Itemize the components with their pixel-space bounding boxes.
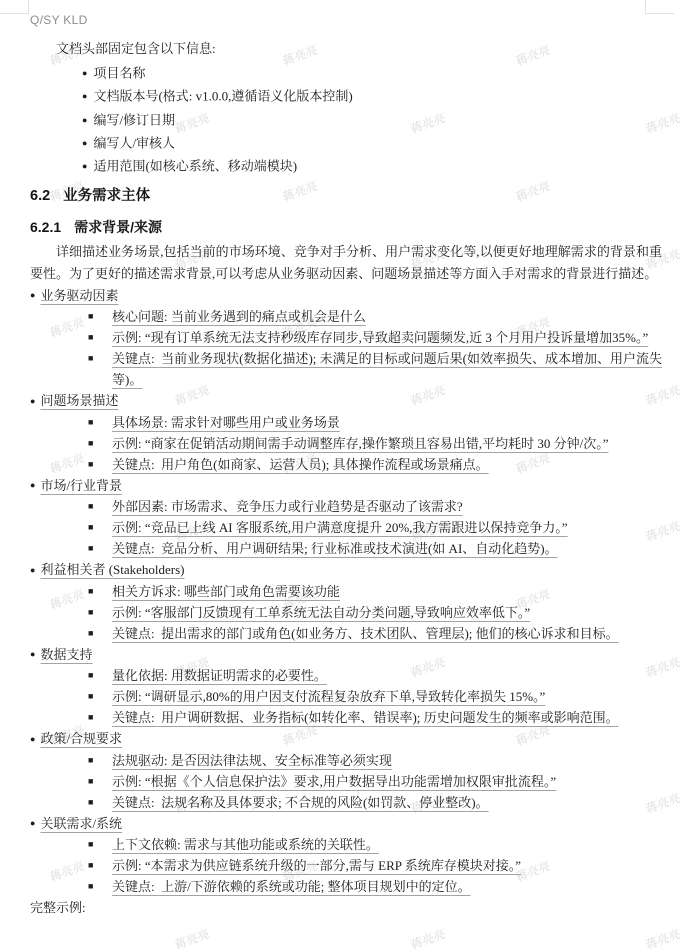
bullet-square-icon: ■ bbox=[88, 855, 93, 876]
background-paragraph: 详细描述业务场景,包括当前的市场环境、竞争对手分析、用户需求变化等,以便更好地理… bbox=[30, 241, 662, 284]
group-item: ■关键点: 当前业务现状(数据化描述); 未满足的目标或问题后果(如效率损失、成… bbox=[30, 348, 662, 390]
bullet-square-icon: ■ bbox=[88, 306, 93, 327]
complete-example-label: 完整示例: bbox=[30, 897, 662, 918]
text-boundary-mark-top-left bbox=[0, 0, 29, 14]
group-item: ■核心问题: 当前业务遇到的痛点或机会是什么 bbox=[30, 306, 662, 327]
group-item-text: 示例: “现有订单系统无法支持秒级库存同步,导致超卖问题频发,近 3 个月用户投… bbox=[112, 330, 648, 345]
heading-title: 需求背景/来源 bbox=[74, 219, 162, 235]
group-item: ■关键点: 法规名称及具体要求; 不合规的风险(如罚款、停业整改)。 bbox=[30, 792, 662, 813]
intro-item-text: 编写/修订日期 bbox=[93, 112, 175, 127]
group-item: ■上下文依赖: 需求与其他功能或系统的关联性。 bbox=[30, 834, 662, 855]
group-item: ■法规驱动: 是否因法律法规、安全标准等必须实现 bbox=[30, 750, 662, 771]
group-label: ●业务驱动因素 bbox=[30, 285, 662, 307]
heading-6-2-1: 6.2.1需求背景/来源 bbox=[30, 217, 662, 237]
intro-list-item: ●适用范围(如核心系统、移动端模块) bbox=[82, 155, 662, 178]
intro-item-text: 编写人/审核人 bbox=[93, 135, 175, 150]
intro-list-item: ●编写人/审核人 bbox=[82, 132, 662, 155]
bullet-square-icon: ■ bbox=[88, 454, 93, 475]
bullet-dot-icon: ● bbox=[82, 161, 87, 171]
heading-number: 6.2 bbox=[30, 188, 50, 204]
intro-item-text: 文档版本号(格式: v1.0.0,遵循语义化版本控制) bbox=[93, 89, 352, 104]
intro-list: ●项目名称●文档版本号(格式: v1.0.0,遵循语义化版本控制)●编写/修订日… bbox=[30, 62, 662, 178]
group-label-text: 利益相关者 (Stakeholders) bbox=[40, 562, 184, 577]
bullet-square-icon: ■ bbox=[88, 750, 93, 771]
group-item-text: 相关方诉求: 哪些部门或角色需要该功能 bbox=[112, 584, 340, 599]
group-item: ■关键点: 上游/下游依赖的系统或功能; 整体项目规划中的定位。 bbox=[30, 876, 662, 897]
bullet-square-icon: ■ bbox=[88, 433, 93, 454]
bullet-dot-icon: ● bbox=[82, 91, 87, 101]
group-item: ■具体场景: 需求针对哪些用户或业务场景 bbox=[30, 412, 662, 433]
group-item: ■示例: “调研显示,80%的用户因支付流程复杂放弃下单,导致转化率损失 15%… bbox=[30, 686, 662, 707]
group-item-text: 核心问题: 当前业务遇到的痛点或机会是什么 bbox=[112, 309, 366, 324]
group-item: ■示例: “根据《个人信息保护法》要求,用户数据导出功能需增加权限审批流程。” bbox=[30, 771, 662, 792]
bullet-dot-icon: ● bbox=[82, 68, 87, 78]
group-item-text: 示例: “竞品已上线 AI 客服系统,用户满意度提升 20%,我方需跟进以保持竞… bbox=[112, 520, 568, 535]
group-item-text: 具体场景: 需求针对哪些用户或业务场景 bbox=[112, 415, 340, 430]
group-item-text: 示例: “客服部门反馈现有工单系统无法自动分类问题,导致响应效率低下。” bbox=[112, 605, 530, 620]
intro-item-text: 适用范围(如核心系统、移动端模块) bbox=[93, 159, 297, 174]
bullet-square-icon: ■ bbox=[88, 771, 93, 792]
group-item-text: 关键点: 竞品分析、用户调研结果; 行业标准或技术演进(如 AI、自动化趋势)。 bbox=[112, 541, 558, 556]
bullet-square-icon: ■ bbox=[88, 517, 93, 538]
bullet-dot-icon: ● bbox=[30, 818, 35, 828]
bullet-square-icon: ■ bbox=[88, 792, 93, 813]
watermark-text: 蒋亮亮 bbox=[643, 925, 682, 952]
bullet-square-icon: ■ bbox=[88, 707, 93, 728]
group-item: ■关键点: 竞品分析、用户调研结果; 行业标准或技术演进(如 AI、自动化趋势)… bbox=[30, 538, 662, 559]
group-label-text: 市场/行业背景 bbox=[40, 478, 122, 493]
group-item-text: 示例: “调研显示,80%的用户因支付流程复杂放弃下单,导致转化率损失 15%。… bbox=[112, 689, 545, 704]
heading-number: 6.2.1 bbox=[30, 219, 61, 235]
group-item: ■示例: “现有订单系统无法支持秒级库存同步,导致超卖问题频发,近 3 个月用户… bbox=[30, 327, 662, 348]
bullet-dot-icon: ● bbox=[82, 115, 87, 125]
group-item: ■关键点: 用户调研数据、业务指标(如转化率、错误率); 历史问题发生的频率或影… bbox=[30, 707, 662, 728]
bullet-square-icon: ■ bbox=[88, 665, 93, 686]
intro-list-item: ●项目名称 bbox=[82, 62, 662, 85]
group-label-text: 业务驱动因素 bbox=[40, 288, 118, 303]
watermark-text: 蒋亮亮 bbox=[408, 925, 448, 952]
heading-title: 业务需求主体 bbox=[63, 188, 150, 204]
group-item: ■示例: “本需求为供应链系统升级的一部分,需与 ERP 系统库存模块对接。” bbox=[30, 855, 662, 876]
group-item-text: 关键点: 当前业务现状(数据化描述); 未满足的目标或问题后果(如效率损失、成本… bbox=[112, 351, 662, 387]
bullet-dot-icon: ● bbox=[30, 565, 35, 575]
group-item-text: 法规驱动: 是否因法律法规、安全标准等必须实现 bbox=[112, 753, 392, 768]
bullet-square-icon: ■ bbox=[88, 581, 93, 602]
bullet-square-icon: ■ bbox=[88, 348, 93, 369]
bullet-square-icon: ■ bbox=[88, 327, 93, 348]
group-label-text: 数据支持 bbox=[40, 647, 92, 662]
bullet-dot-icon: ● bbox=[30, 649, 35, 659]
bullet-square-icon: ■ bbox=[88, 623, 93, 644]
group-item-text: 关键点: 法规名称及具体要求; 不合规的风险(如罚款、停业整改)。 bbox=[112, 795, 489, 810]
bullet-square-icon: ■ bbox=[88, 602, 93, 623]
group-label: ●利益相关者 (Stakeholders) bbox=[30, 559, 662, 581]
intro-list-item: ●编写/修订日期 bbox=[82, 109, 662, 132]
group-label: ●市场/行业背景 bbox=[30, 475, 662, 497]
intro-list-item: ●文档版本号(格式: v1.0.0,遵循语义化版本控制) bbox=[82, 85, 662, 108]
group-item-text: 关键点: 用户调研数据、业务指标(如转化率、错误率); 历史问题发生的频率或影响… bbox=[112, 710, 619, 725]
group-item: ■关键点: 提出需求的部门或角色(如业务方、技术团队、管理层); 他们的核心诉求… bbox=[30, 623, 662, 644]
document-code: Q/SY KLD bbox=[30, 13, 88, 27]
group-item-text: 上下文依赖: 需求与其他功能或系统的关联性。 bbox=[112, 837, 379, 852]
group-label-text: 关联需求/系统 bbox=[40, 816, 122, 831]
group-label: ●数据支持 bbox=[30, 644, 662, 666]
bullet-dot-icon: ● bbox=[30, 480, 35, 490]
bullet-dot-icon: ● bbox=[30, 290, 35, 300]
bullet-groups: ●业务驱动因素■核心问题: 当前业务遇到的痛点或机会是什么■示例: “现有订单系… bbox=[30, 285, 662, 898]
group-item-text: 关键点: 用户角色(如商家、运营人员); 具体操作流程或场景痛点。 bbox=[112, 457, 489, 472]
intro-item-text: 项目名称 bbox=[93, 66, 145, 81]
group-item-text: 示例: “根据《个人信息保护法》要求,用户数据导出功能需增加权限审批流程。” bbox=[112, 774, 556, 789]
bullet-square-icon: ■ bbox=[88, 538, 93, 559]
group-label: ●问题场景描述 bbox=[30, 390, 662, 412]
group-item: ■相关方诉求: 哪些部门或角色需要该功能 bbox=[30, 581, 662, 602]
document-body: 文档头部固定包含以下信息: ●项目名称●文档版本号(格式: v1.0.0,遵循语… bbox=[30, 38, 662, 918]
group-item-text: 量化依据: 用数据证明需求的必要性。 bbox=[112, 668, 327, 683]
group-item-text: 关键点: 提出需求的部门或角色(如业务方、技术团队、管理层); 他们的核心诉求和… bbox=[112, 626, 619, 641]
heading-6-2: 6.2业务需求主体 bbox=[30, 186, 662, 206]
watermark-text: 蒋亮亮 bbox=[172, 925, 212, 952]
group-item-text: 示例: “本需求为供应链系统升级的一部分,需与 ERP 系统库存模块对接。” bbox=[112, 858, 521, 873]
group-item-text: 外部因素: 市场需求、竞争压力或行业趋势是否驱动了该需求? bbox=[112, 499, 463, 514]
bullet-dot-icon: ● bbox=[30, 734, 35, 744]
group-label-text: 政策/合规要求 bbox=[40, 731, 122, 746]
group-item-text: 示例: “商家在促销活动期间需手动调整库存,操作繁琐且容易出错,平均耗时 30 … bbox=[112, 436, 609, 451]
group-label-text: 问题场景描述 bbox=[40, 393, 118, 408]
bullet-square-icon: ■ bbox=[88, 686, 93, 707]
group-item: ■量化依据: 用数据证明需求的必要性。 bbox=[30, 665, 662, 686]
bullet-dot-icon: ● bbox=[30, 396, 35, 406]
bullet-square-icon: ■ bbox=[88, 496, 93, 517]
bullet-square-icon: ■ bbox=[88, 412, 93, 433]
text-boundary-mark-top-right bbox=[645, 0, 674, 14]
bullet-square-icon: ■ bbox=[88, 834, 93, 855]
bullet-square-icon: ■ bbox=[88, 876, 93, 897]
group-item: ■示例: “客服部门反馈现有工单系统无法自动分类问题,导致响应效率低下。” bbox=[30, 602, 662, 623]
group-label: ●政策/合规要求 bbox=[30, 728, 662, 750]
group-item: ■示例: “竞品已上线 AI 客服系统,用户满意度提升 20%,我方需跟进以保持… bbox=[30, 517, 662, 538]
bullet-dot-icon: ● bbox=[82, 138, 87, 148]
intro-lead: 文档头部固定包含以下信息: bbox=[30, 38, 662, 60]
group-item: ■示例: “商家在促销活动期间需手动调整库存,操作繁琐且容易出错,平均耗时 30… bbox=[30, 433, 662, 454]
group-item: ■外部因素: 市场需求、竞争压力或行业趋势是否驱动了该需求? bbox=[30, 496, 662, 517]
group-item-text: 关键点: 上游/下游依赖的系统或功能; 整体项目规划中的定位。 bbox=[112, 879, 471, 894]
group-item: ■关键点: 用户角色(如商家、运营人员); 具体操作流程或场景痛点。 bbox=[30, 454, 662, 475]
group-label: ●关联需求/系统 bbox=[30, 813, 662, 835]
